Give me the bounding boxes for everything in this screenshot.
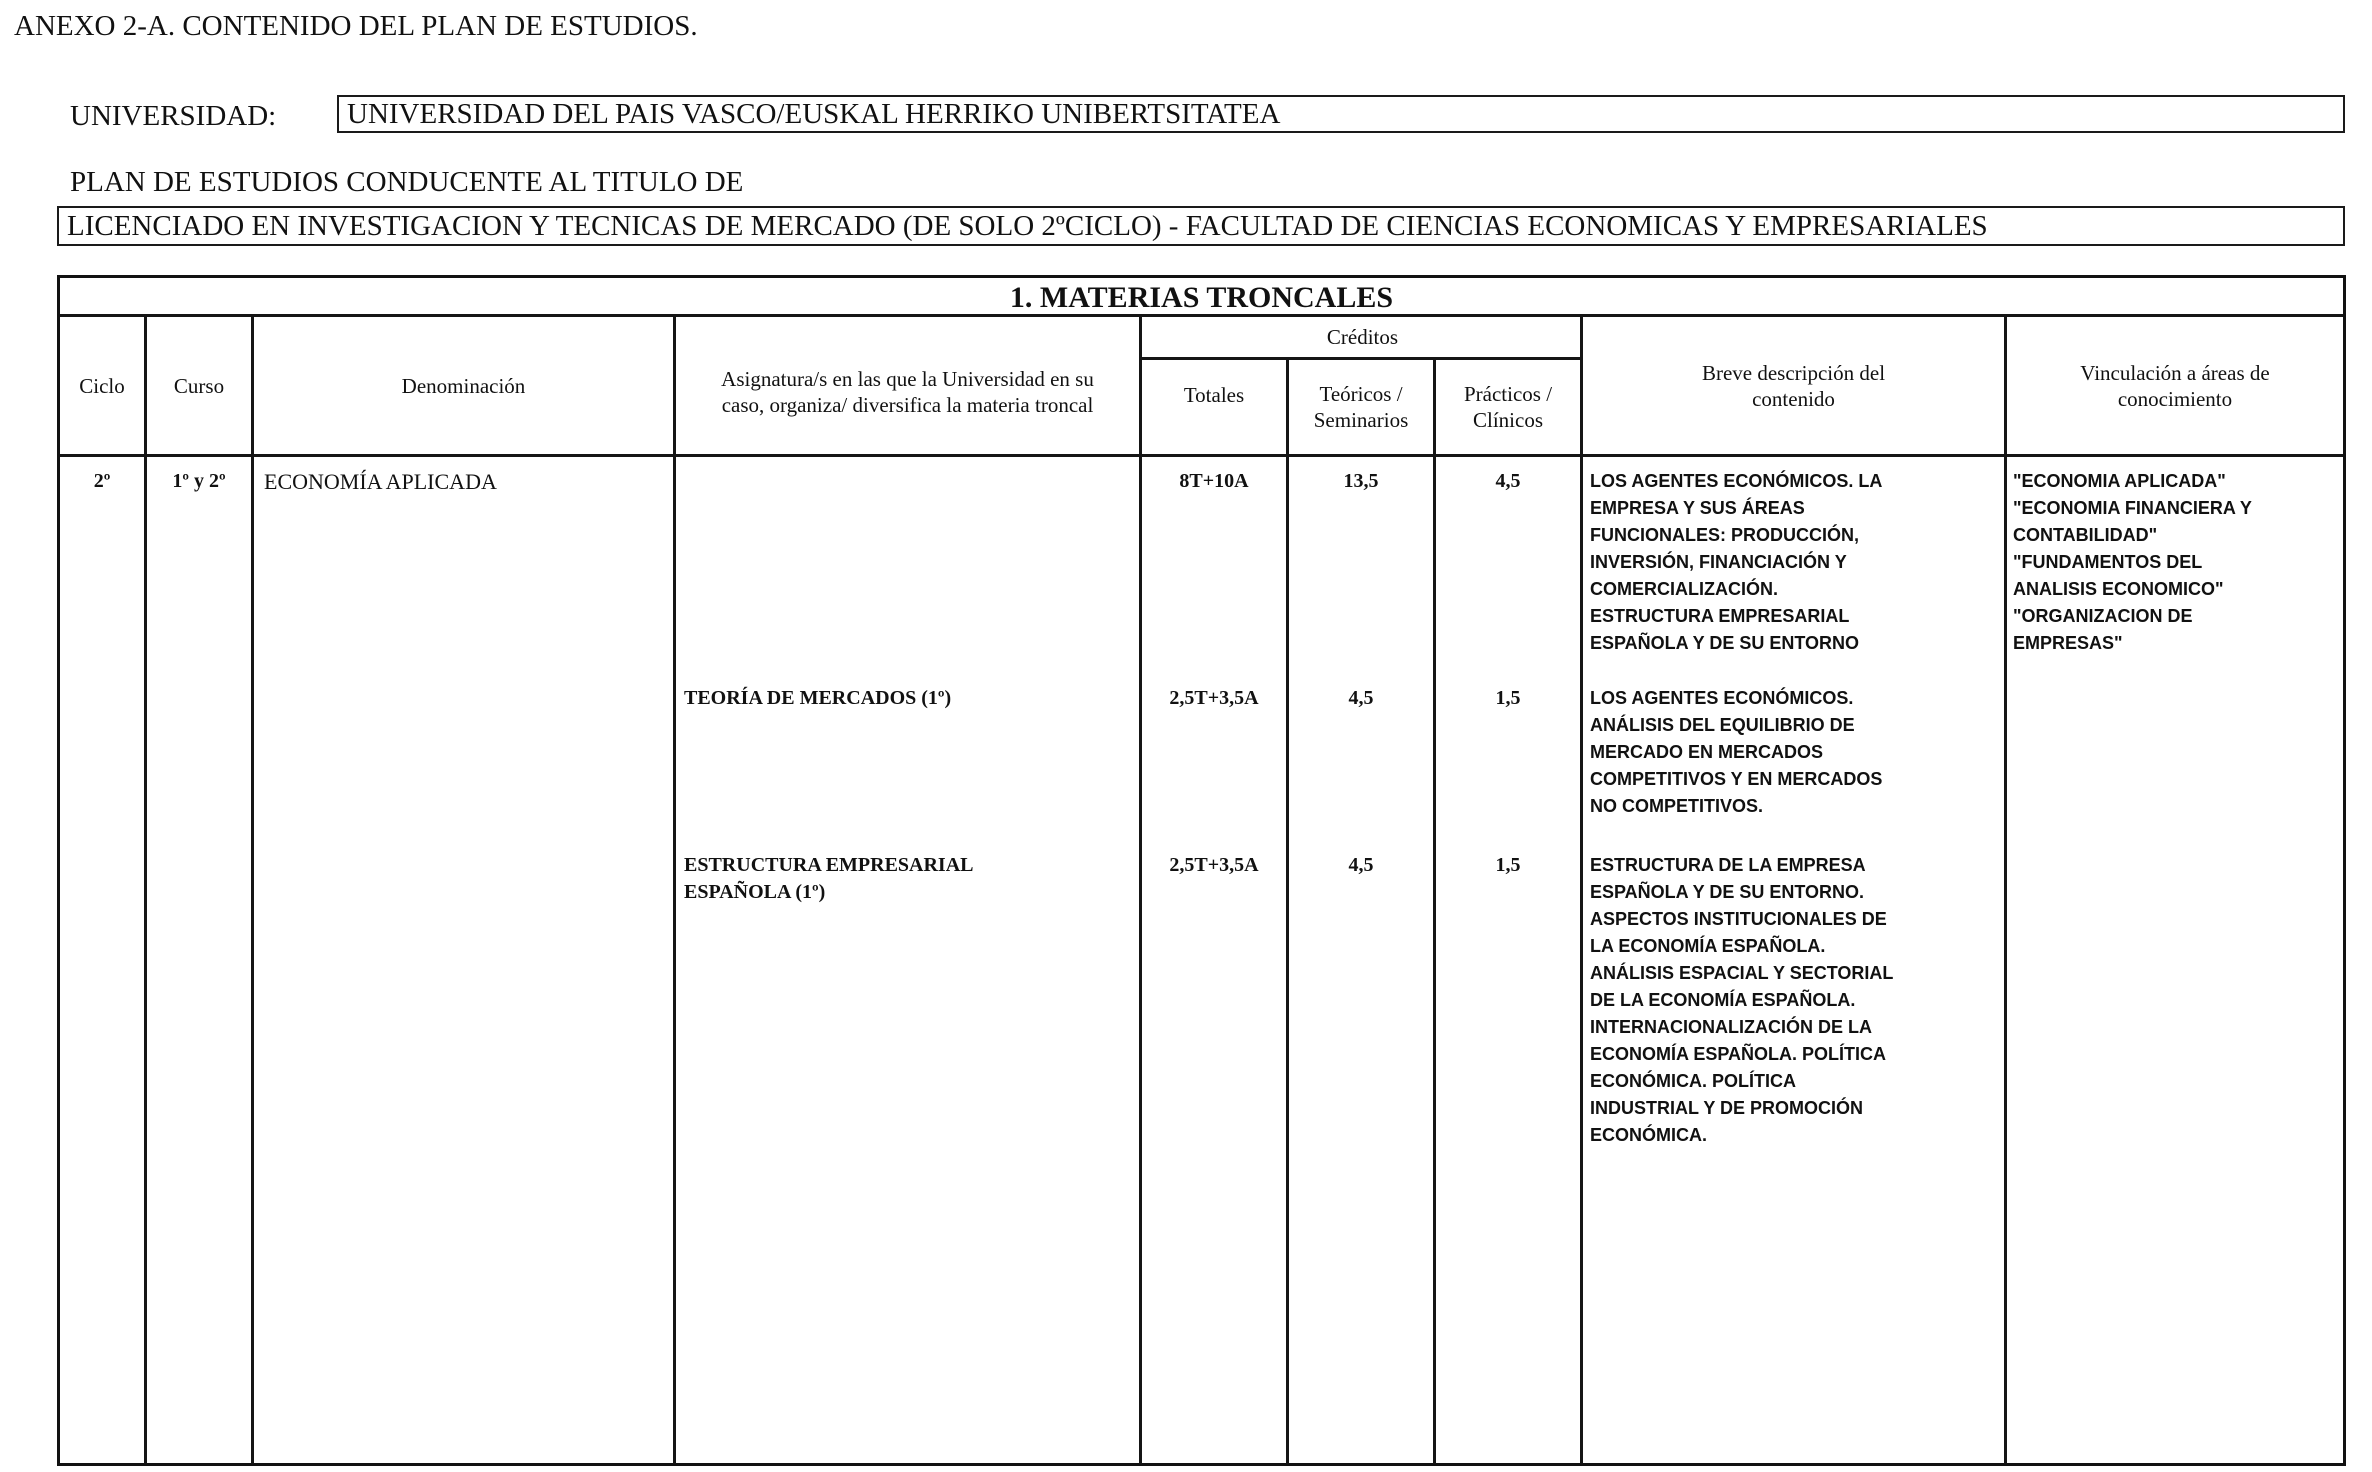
col-header-practicos: Prácticos / Clínicos <box>1436 360 1580 454</box>
text-line: "ECONOMIA FINANCIERA Y <box>2013 495 2252 522</box>
col-header-asignatura: Asignatura/s en las que la Universidad e… <box>676 330 1139 454</box>
col-header-teoricos: Teóricos / Seminarios <box>1289 360 1433 454</box>
divider <box>1433 357 1436 1464</box>
text-line: ANÁLISIS ESPACIAL Y SECTORIAL <box>1590 960 1893 987</box>
text-line: ESTRUCTURA DE LA EMPRESA <box>1590 852 1893 879</box>
text-line: EMPRESA Y SUS ÁREAS <box>1590 495 1882 522</box>
col-header-totales: Totales <box>1142 360 1286 430</box>
divider <box>2004 314 2007 1464</box>
text-line: DE LA ECONOMÍA ESPAÑOLA. <box>1590 987 1893 1014</box>
col-header-asignatura-label: Asignatura/s en las que la Universidad e… <box>706 366 1109 418</box>
cell-practicos: 1,5 <box>1436 685 1580 712</box>
plan-label: PLAN DE ESTUDIOS CONDUCENTE AL TITULO DE <box>70 166 743 199</box>
divider <box>251 314 254 1464</box>
text-line: INVERSIÓN, FINANCIACIÓN Y <box>1590 549 1882 576</box>
cell-teoricos: 13,5 <box>1289 468 1433 495</box>
university-field: UNIVERSIDAD DEL PAIS VASCO/EUSKAL HERRIK… <box>337 95 2345 133</box>
divider <box>60 454 2343 457</box>
cell-asignatura: TEORÍA DE MERCADOS (1º) <box>684 685 951 712</box>
cell-curso: 1º y 2º <box>147 468 251 495</box>
col-header-descripcion-label: Breve descripción del contenido <box>1683 360 1904 412</box>
cell-asignatura: ESTRUCTURA EMPRESARIALESPAÑOLA (1º) <box>684 852 974 906</box>
university-label: UNIVERSIDAD: <box>70 100 276 133</box>
text-line: INDUSTRIAL Y DE PROMOCIÓN <box>1590 1095 1893 1122</box>
col-header-ciclo-label: Ciclo <box>79 373 125 399</box>
col-header-teoricos-label: Teóricos / Seminarios <box>1303 381 1419 433</box>
divider <box>673 314 676 1464</box>
text-line: INTERNACIONALIZACIÓN DE LA <box>1590 1014 1893 1041</box>
text-line: ESPAÑOLA Y DE SU ENTORNO. <box>1590 879 1893 906</box>
col-header-practicos-label: Prácticos / Clínicos <box>1454 381 1562 433</box>
text-line: ANÁLISIS DEL EQUILIBRIO DE <box>1590 712 1882 739</box>
degree-field: LICENCIADO EN INVESTIGACION Y TECNICAS D… <box>57 206 2345 246</box>
text-line: "ECONOMIA APLICADA" <box>2013 468 2252 495</box>
text-line: TEORÍA DE MERCADOS (1º) <box>684 685 951 712</box>
text-line: NO COMPETITIVOS. <box>1590 793 1882 820</box>
col-header-denominacion-label: Denominación <box>402 373 526 399</box>
text-line: ESTRUCTURA EMPRESARIAL <box>1590 603 1882 630</box>
text-line: LA ECONOMÍA ESPAÑOLA. <box>1590 933 1893 960</box>
cell-denominacion: ECONOMÍA APLICADA <box>264 468 497 495</box>
cell-ciclo: 2º <box>60 468 144 495</box>
col-header-denominacion: Denominación <box>254 317 673 454</box>
annex-title: ANEXO 2-A. CONTENIDO DEL PLAN DE ESTUDIO… <box>14 10 698 43</box>
col-header-curso: Curso <box>147 317 251 454</box>
text-line: ANALISIS ECONOMICO" <box>2013 576 2252 603</box>
cell-vinculacion: "ECONOMIA APLICADA""ECONOMIA FINANCIERA … <box>2013 468 2252 657</box>
cell-totales: 8T+10A <box>1142 468 1286 495</box>
cell-teoricos: 4,5 <box>1289 852 1433 879</box>
text-line: ESPAÑOLA (1º) <box>684 879 974 906</box>
cell-descripcion: LOS AGENTES ECONÓMICOS. LAEMPRESA Y SUS … <box>1590 468 1882 657</box>
text-line: "ORGANIZACION DE <box>2013 603 2252 630</box>
text-line: FUNCIONALES: PRODUCCIÓN, <box>1590 522 1882 549</box>
col-header-curso-label: Curso <box>174 373 224 399</box>
text-line: COMPETITIVOS Y EN MERCADOS <box>1590 766 1882 793</box>
col-header-descripcion: Breve descripción del contenido <box>1583 317 2004 454</box>
cell-practicos: 4,5 <box>1436 468 1580 495</box>
text-line: ESTRUCTURA EMPRESARIAL <box>684 852 974 879</box>
divider <box>1580 314 1583 1464</box>
text-line: ECONÓMICA. <box>1590 1122 1893 1149</box>
text-line: ECONOMÍA ESPAÑOLA. POLÍTICA <box>1590 1041 1893 1068</box>
col-header-creditos: Créditos <box>1142 317 1583 357</box>
cell-practicos: 1,5 <box>1436 852 1580 879</box>
cell-totales: 2,5T+3,5A <box>1142 852 1286 879</box>
col-header-creditos-label: Créditos <box>1327 324 1398 350</box>
text-line: MERCADO EN MERCADOS <box>1590 739 1882 766</box>
col-header-ciclo: Ciclo <box>60 317 144 454</box>
divider <box>1286 357 1289 1464</box>
text-line: CONTABILIDAD" <box>2013 522 2252 549</box>
col-header-totales-label: Totales <box>1184 382 1244 408</box>
cell-teoricos: 4,5 <box>1289 685 1433 712</box>
text-line: "FUNDAMENTOS DEL <box>2013 549 2252 576</box>
col-header-vinculacion: Vinculación a áreas de conocimiento <box>2007 317 2343 454</box>
materias-troncales-table: 1. MATERIAS TRONCALES Ciclo Curso Denomi… <box>57 275 2346 1466</box>
col-header-vinculacion-label: Vinculación a áreas de conocimiento <box>2047 360 2303 412</box>
text-line: ASPECTOS INSTITUCIONALES DE <box>1590 906 1893 933</box>
cell-descripcion: LOS AGENTES ECONÓMICOS.ANÁLISIS DEL EQUI… <box>1590 685 1882 820</box>
text-line: LOS AGENTES ECONÓMICOS. LA <box>1590 468 1882 495</box>
text-line: LOS AGENTES ECONÓMICOS. <box>1590 685 1882 712</box>
text-line: ESPAÑOLA Y DE SU ENTORNO <box>1590 630 1882 657</box>
section-title: 1. MATERIAS TRONCALES <box>60 278 2343 316</box>
cell-descripcion: ESTRUCTURA DE LA EMPRESAESPAÑOLA Y DE SU… <box>1590 852 1893 1149</box>
text-line: COMERCIALIZACIÓN. <box>1590 576 1882 603</box>
cell-totales: 2,5T+3,5A <box>1142 685 1286 712</box>
text-line: EMPRESAS" <box>2013 630 2252 657</box>
text-line: ECONÓMICA. POLÍTICA <box>1590 1068 1893 1095</box>
